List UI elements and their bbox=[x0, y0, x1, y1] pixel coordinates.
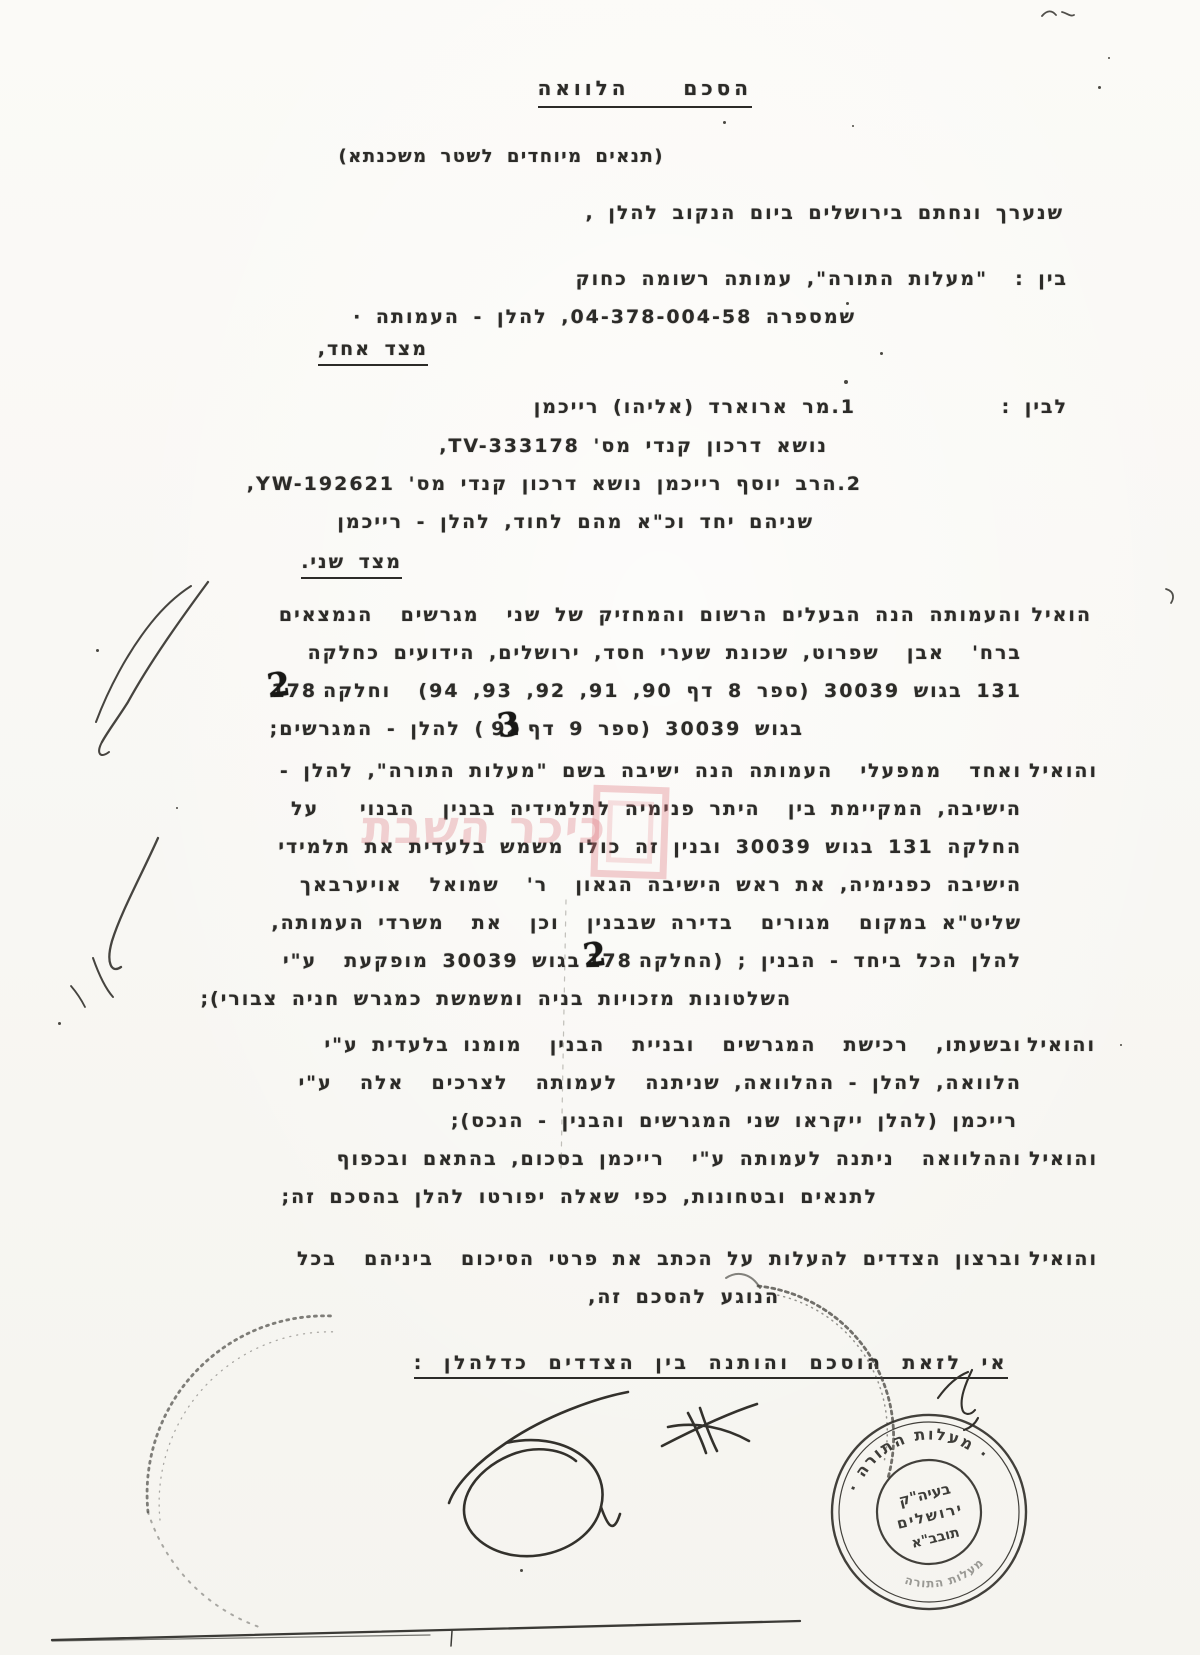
scan-speck bbox=[520, 1569, 523, 1572]
watermark-logo-inner bbox=[606, 800, 654, 864]
watermark-layer: כיכר השבת bbox=[0, 0, 1200, 1655]
scan-speck bbox=[1120, 1044, 1122, 1046]
scanned-loan-agreement-page: הסכם הלוואה (תנאים מיוחדים לשטר משכנתא) … bbox=[0, 0, 1200, 1655]
scan-speck bbox=[1098, 86, 1101, 89]
scan-speck bbox=[58, 1022, 61, 1025]
scan-speck bbox=[96, 649, 99, 652]
scan-speck bbox=[852, 125, 854, 127]
watermark-text: כיכר השבת bbox=[360, 800, 608, 854]
scan-speck bbox=[1108, 57, 1110, 59]
scan-speck bbox=[846, 302, 849, 305]
scan-speck bbox=[176, 807, 178, 809]
scan-speck bbox=[880, 352, 883, 355]
watermark-logo-icon bbox=[590, 785, 669, 880]
scan-speck bbox=[844, 380, 848, 384]
scan-speck bbox=[723, 121, 726, 124]
